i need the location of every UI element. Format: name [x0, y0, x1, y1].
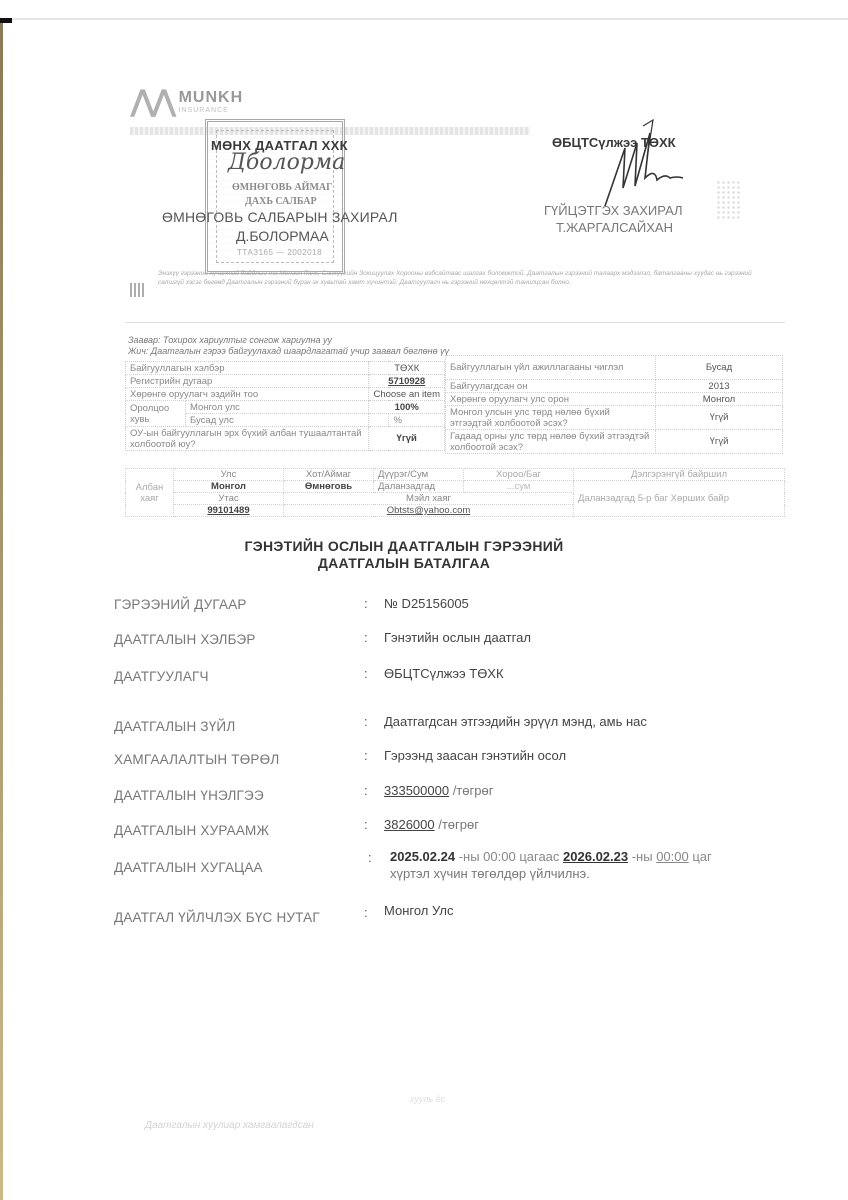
khoroo-header: Хороо/Баг	[464, 469, 574, 481]
row-label: Байгууллагын хэлбэр	[126, 362, 369, 375]
address-group-label: Албан хаяг	[126, 469, 174, 517]
investor-count-dropdown[interactable]: Choose an item	[369, 388, 445, 401]
scan-edge	[0, 18, 848, 20]
contract-number-value: № D25156005	[384, 596, 469, 611]
instruction-text: Заавар: Тохирох хариултыг сонгож хариулн…	[128, 335, 449, 346]
end-date: 2026.02.23	[563, 849, 628, 864]
field-colon: :	[364, 714, 368, 729]
table-row: Оролцоо хувь Монгол улс 100%	[126, 401, 445, 414]
share-mongolia-value[interactable]: 100%	[369, 401, 445, 414]
field-label-subject: ДААТГАЛЫН ЗҮЙЛ	[114, 719, 235, 734]
end-time: 00:00	[656, 849, 689, 864]
country-header: Улс	[174, 469, 284, 481]
stamp-signature: Дболорма	[228, 150, 345, 175]
row-label: Хөрөнгө оруулагч эздийн тоо	[126, 388, 369, 401]
premium-amount: 3826000	[384, 817, 435, 832]
table-row: Регистрийн дугаар 5710928	[126, 375, 445, 388]
district-value[interactable]: Даланзадгад	[374, 481, 464, 493]
activity-value[interactable]: Бусад	[656, 356, 783, 380]
territory-value: Монгол Улс	[384, 903, 453, 918]
logo-subtitle: INSURANCE	[179, 107, 244, 114]
field-colon: :	[364, 596, 368, 611]
foreign-pep-value[interactable]: Үгүй	[656, 430, 783, 454]
field-label-insured: ДААТГУУЛАГЧ	[114, 669, 209, 684]
fine-print: Энэхүү гэрээний хүчинтэй байдлыг та Монг…	[158, 270, 778, 287]
table-row: Хөрөнгө оруулагч эздийн тоо Choose an it…	[126, 388, 445, 401]
detail-header: Дэлгэрэнгүй байршил	[574, 469, 785, 481]
insurance-type-value: Гэнэтийн ослын даатгал	[384, 630, 531, 645]
right-signatory-name: Т.ЖАРГАЛСАЙХАН	[556, 220, 673, 235]
registration-number-value[interactable]: 5710928	[369, 375, 445, 388]
signature-icon	[595, 118, 690, 213]
district-header: Дүүрэг/Сум	[374, 469, 464, 481]
field-colon: :	[364, 783, 368, 798]
field-colon: :	[364, 817, 368, 832]
coverage-value: Гэрээнд заасан гэнэтийн осол	[384, 748, 566, 763]
table-row: Монгол Өмнөговь Даланзадгад ...сум Далан…	[126, 481, 785, 493]
phone-value[interactable]: 99101489	[174, 505, 284, 517]
field-colon: :	[364, 630, 368, 645]
row-label: Регистрийн дугаар	[126, 375, 369, 388]
scan-edge-left	[0, 18, 3, 1200]
premium-value: 3826000 /төгрөг	[384, 817, 479, 832]
domestic-pep-value[interactable]: Үгүй	[656, 406, 783, 430]
table-row: ОУ-ын байгууллагын эрх бүхий албан тушаа…	[126, 427, 445, 451]
logo-m-icon: ⋀⋀	[130, 84, 173, 119]
row-label: Байгууллагын үйл ажиллагааны чиглэл	[446, 356, 656, 380]
country-value[interactable]: Монгол	[174, 481, 284, 493]
right-signatory-title: ГҮЙЦЭТГЭХ ЗАХИРАЛ	[544, 203, 683, 218]
insured-value: ӨБЦТСүлжээ ТӨХК	[384, 666, 504, 681]
investor-country-value[interactable]: Монгол	[656, 393, 783, 406]
table-row: Хөрөнгө оруулагч улс орон Монгол	[446, 393, 783, 406]
info-table-right: Байгууллагын үйл ажиллагааны чиглэл Буса…	[445, 355, 783, 454]
table-row: Монгол улсын улс төрд нөлөө бүхий этгээд…	[446, 406, 783, 430]
field-label-premium: ДААТГАЛЫН ХУРААМЖ	[114, 823, 269, 838]
corner-mark	[0, 18, 12, 23]
field-label-sum-insured: ДААТГАЛЫН ҮНЭЛГЭЭ	[114, 788, 264, 803]
certificate-title: ГЭНЭТИЙН ОСЛЫН ДААТГАЛЫН ГЭРЭЭНИЙ	[0, 538, 828, 554]
field-colon: :	[364, 666, 368, 681]
phone-header: Утас	[174, 493, 284, 505]
row-label: ОУ-ын байгууллагын эрх бүхий албан тушаа…	[126, 427, 369, 451]
info-table-left: Байгууллагын хэлбэр ТӨХК Регистрийн дуга…	[125, 361, 445, 451]
org-type-value[interactable]: ТӨХК	[369, 362, 445, 375]
subject-value: Даатгагдсан этгээдийн эрүүл мэнд, амь на…	[384, 714, 647, 729]
email-value[interactable]: Obtsts@yahoo.com	[284, 505, 574, 517]
table-row: Гадаад орны улс төрд нөлөө бүхий этгээдт…	[446, 430, 783, 454]
period-line-2: хүртэл хүчин төгөлдөр үйлчилнэ.	[390, 865, 712, 882]
field-label-insurance-type: ДААТГАЛЫН ХЭЛБЭР	[114, 632, 256, 647]
barcode-icon	[130, 283, 146, 297]
detail-value[interactable]: Даланзадгад 5-р баг Хөрших байр	[574, 481, 785, 517]
row-label: Гадаад орны улс төрд нөлөө бүхий этгээдт…	[446, 430, 656, 454]
stamp-code: ТТАЗ165 — 2002018	[237, 248, 322, 257]
row-label: Бусад улс	[186, 414, 369, 427]
stamp-line-1: ӨМНӨГОВЬ АЙМАГ	[232, 182, 332, 193]
city-value[interactable]: Өмнөговь	[284, 481, 374, 493]
period-value: 2025.02.24 -ны 00:00 цагаас 2026.02.23 -…	[390, 848, 712, 882]
sum-insured-amount: 333500000	[384, 783, 449, 798]
company-logo: ⋀⋀ MUNKH INSURANCE	[130, 84, 243, 119]
intl-official-value[interactable]: Үгүй	[369, 427, 445, 451]
city-header: Хот/Аймаг	[284, 469, 374, 481]
field-label-territory: ДААТГАЛ ҮЙЛЧЛЭХ БҮС НУТАГ	[114, 910, 320, 925]
premium-unit: /төгрөг	[435, 817, 479, 832]
left-signatory-title: ӨМНӨГОВЬ САЛБАРЫН ЗАХИРАЛ	[162, 209, 398, 225]
note-text: Жич: Даатгалын гэрээ байгуулахад шаардла…	[128, 346, 449, 357]
row-label: Байгуулагдсан он	[446, 380, 656, 393]
khoroo-value[interactable]: ...сум	[464, 481, 574, 493]
field-colon: :	[364, 905, 368, 920]
faint-footer-text: хууль ёс	[410, 1094, 445, 1104]
field-label-period: ДААТГАЛЫН ХУГАЦАА	[114, 860, 263, 875]
stamp-residue	[716, 180, 742, 220]
left-signatory-name: Д.БОЛОРМАА	[236, 228, 329, 244]
row-group-label: Оролцоо хувь	[126, 401, 186, 427]
field-label-contract-number: ГЭРЭЭНИЙ ДУГААР	[114, 597, 247, 612]
row-label: Монгол улс	[186, 401, 369, 414]
form-instructions: Заавар: Тохирох хариултыг сонгож хариулн…	[128, 335, 449, 357]
table-row: Албан хаяг Улс Хот/Аймаг Дүүрэг/Сум Хоро…	[126, 469, 785, 481]
start-time: 00:00	[483, 849, 516, 864]
logo-brand: MUNKH	[179, 89, 244, 107]
start-date: 2025.02.24	[390, 849, 455, 864]
table-row: Байгууллагын үйл ажиллагааны чиглэл Буса…	[446, 356, 783, 380]
field-colon: :	[368, 850, 372, 865]
email-header: Мэйл хаяг	[284, 493, 574, 505]
share-other-value[interactable]: %	[389, 414, 445, 427]
field-label-coverage: ХАМГААЛАЛТЫН ТӨРӨЛ	[114, 752, 279, 767]
field-colon: :	[364, 748, 368, 763]
stamp-line-2: ДАХЬ САЛБАР	[245, 196, 317, 207]
row-label: Хөрөнгө оруулагч улс орон	[446, 393, 656, 406]
table-row: Байгуулагдсан он 2013	[446, 380, 783, 393]
sum-insured-value: 333500000 /төгрөг	[384, 783, 493, 798]
founded-year-value[interactable]: 2013	[656, 380, 783, 393]
table-row: Байгууллагын хэлбэр ТӨХК	[126, 362, 445, 375]
certificate-subtitle: ДААТГАЛЫН БАТАЛГАА	[0, 555, 828, 571]
address-table: Албан хаяг Улс Хот/Аймаг Дүүрэг/Сум Хоро…	[125, 468, 785, 517]
sum-insured-unit: /төгрөг	[449, 783, 493, 798]
faint-footer-text: Даатгалын хуулиар хамгаалагдсан	[145, 1120, 314, 1131]
row-label: Монгол улсын улс төрд нөлөө бүхий этгээд…	[446, 406, 656, 430]
